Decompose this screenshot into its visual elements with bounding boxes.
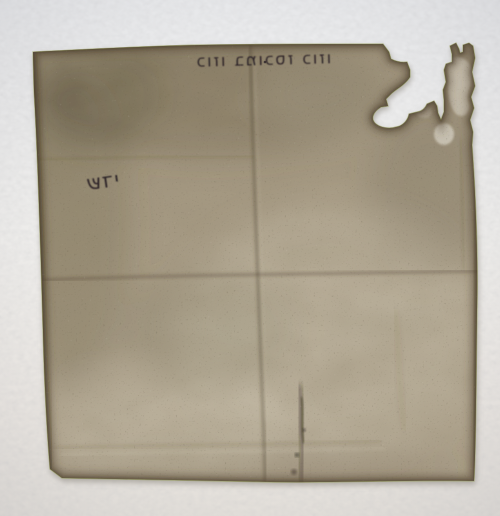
photograph-of-parchment: כוזו במוכסז כוזו שדי bbox=[0, 0, 500, 516]
